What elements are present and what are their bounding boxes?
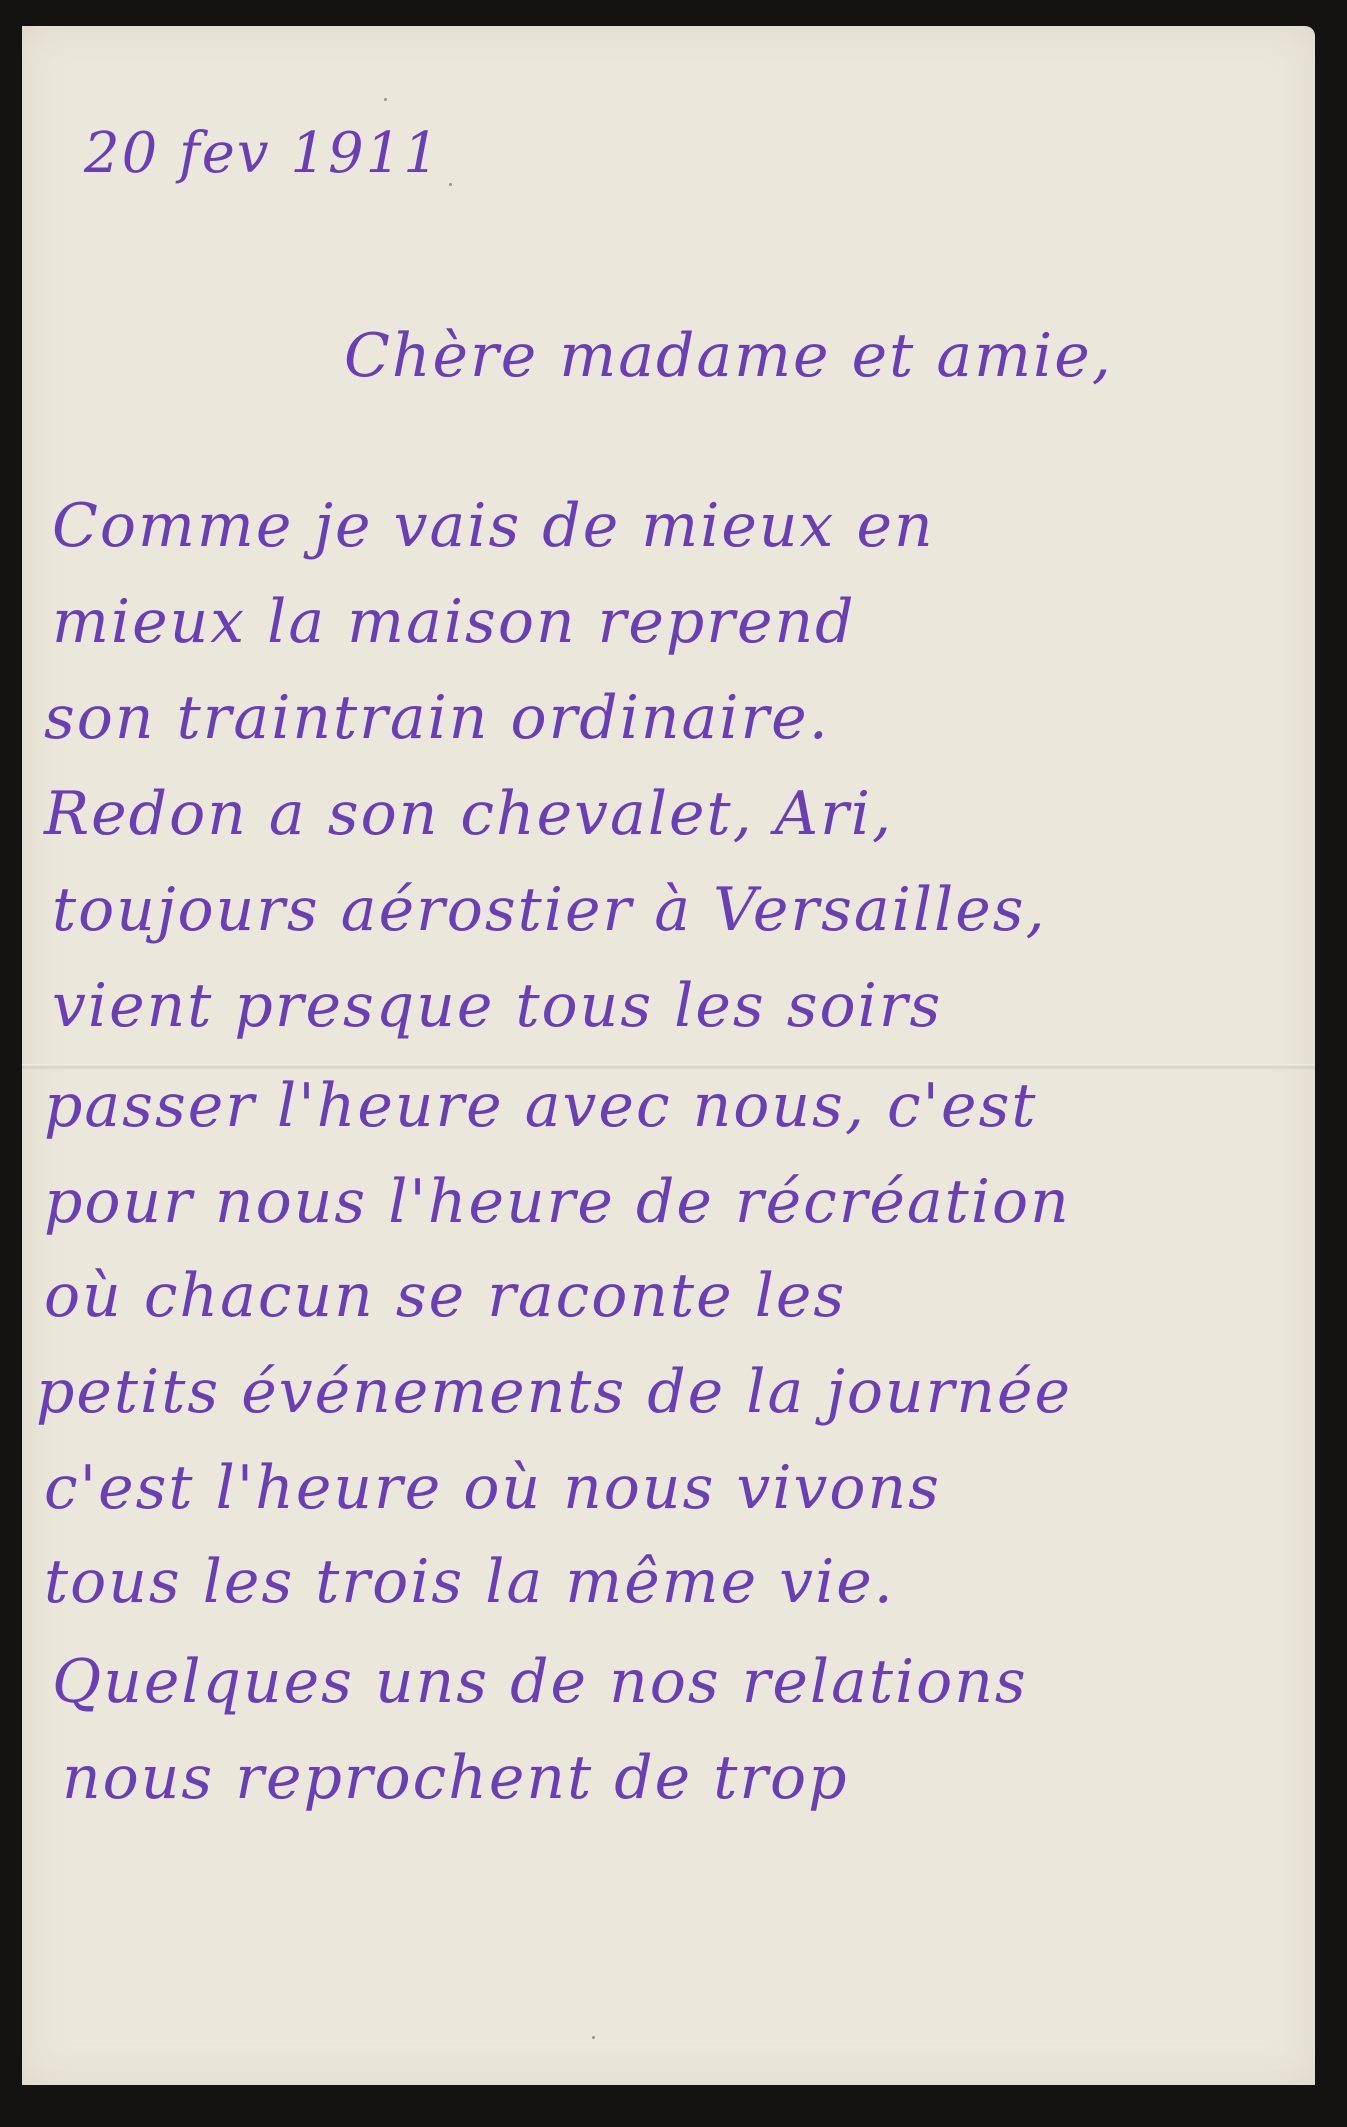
- letter-line: Comme je vais de mieux en: [52, 496, 935, 556]
- paper-speck: [592, 2036, 595, 2039]
- letter-line: vient presque tous les soirs: [52, 976, 942, 1036]
- letter-line: passer l'heure avec nous, c'est: [44, 1076, 1037, 1136]
- letter-line: nous reprochent de trop: [62, 1748, 849, 1808]
- letter-line: petits événements de la journée: [36, 1362, 1072, 1422]
- paper-fold: [22, 1064, 1315, 1070]
- letter-line: Quelques uns de nos relations: [52, 1652, 1028, 1712]
- letter-page: 20 fev 1911 Chère madame et amie, Comme …: [22, 26, 1315, 2085]
- letter-line: tous les trois la même vie.: [44, 1552, 895, 1612]
- letter-line: où chacun se raconte les: [44, 1266, 846, 1326]
- letter-line: pour nous l'heure de récréation: [44, 1172, 1071, 1232]
- letter-date: 20 fev 1911: [84, 126, 441, 182]
- paper-speck: [384, 98, 387, 101]
- letter-line: mieux la maison reprend: [52, 592, 856, 652]
- letter-line: son traintrain ordinaire.: [44, 688, 830, 748]
- paper-speck: [449, 183, 452, 186]
- letter-line: toujours aérostier à Versailles,: [52, 880, 1047, 940]
- letter-salutation: Chère madame et amie,: [344, 326, 1113, 386]
- letter-line: c'est l'heure où nous vivons: [44, 1458, 941, 1518]
- letter-line: Redon a son chevalet, Ari,: [44, 784, 893, 844]
